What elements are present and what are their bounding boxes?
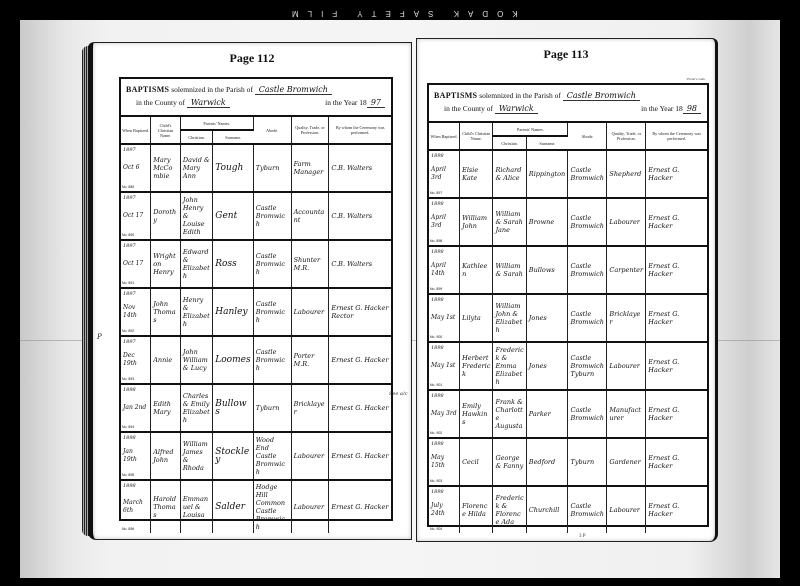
- cell-by-whom: Ernest G. Hacker: [329, 336, 391, 384]
- cell-abode: Castle Bromwich: [253, 192, 291, 240]
- entry-number: No. 894: [122, 423, 134, 431]
- cell-child: Dorothy: [151, 192, 181, 240]
- cell-quality: Accountant: [291, 192, 329, 240]
- cell-when: 1898April 14thNo. 899: [429, 246, 460, 294]
- entry-number: No. 900: [430, 333, 442, 341]
- cell-child: Florence Hilda: [460, 486, 493, 533]
- margin-note: See a/c: [389, 391, 407, 397]
- entry-year: 1898: [123, 482, 136, 490]
- cell-when: 1898July 24thNo. 904: [429, 486, 460, 533]
- entry-date: Oct 17: [123, 212, 143, 219]
- cell-when: 1898Jan 19thNo. 895: [121, 432, 151, 480]
- cell-surname: Browne: [526, 198, 568, 246]
- cell-child: Alfred John: [151, 432, 181, 480]
- cell-quality: Labourer: [607, 486, 646, 533]
- entry-date: May 15th: [431, 454, 445, 469]
- cell-child: Harold Thomas: [151, 480, 181, 533]
- cell-when: 1898May 1stNo. 901: [429, 342, 460, 390]
- film-edge-marking: KODAK SAFETY FILM: [0, 0, 800, 18]
- cell-when: 1897Dec 19thNo. 893: [121, 336, 151, 384]
- entry-year: 1897: [123, 242, 136, 250]
- register-entry: 1898Jan 19thNo. 895Alfred JohnWilliam Ja…: [121, 432, 391, 480]
- cell-christian: Charles & Emily Elizabeth: [180, 384, 212, 432]
- entry-year: 1897: [123, 194, 136, 202]
- county-label: in the County of: [126, 98, 185, 107]
- cell-quality: Farm Manager: [291, 144, 329, 192]
- cell-christian: William & Sarah Jane: [493, 198, 526, 246]
- cell-abode: Castle Bromwich: [568, 486, 607, 533]
- register-entry: 1898March 6thNo. 896Harold ThomasEmmanue…: [121, 480, 391, 533]
- page-number: Page 112: [93, 51, 411, 66]
- printer-note: Printer's mark: [687, 77, 705, 81]
- cell-by-whom: Ernest G. Hacker Rector: [329, 288, 391, 336]
- cell-abode: Castle Bromwich: [568, 246, 607, 294]
- cell-quality: Carpenter: [607, 246, 646, 294]
- cell-child: Cecil: [460, 438, 493, 486]
- entry-date: May 1st: [431, 314, 455, 321]
- cell-by-whom: Ernest G. Hacker: [329, 384, 391, 432]
- cell-christian: Edward & Elizabeth: [180, 240, 212, 288]
- cell-when: 1898May 3rdNo. 902: [429, 390, 460, 438]
- film-edge-text: KODAK SAFETY FILM: [283, 8, 518, 18]
- register-entry: 1898April 3rdNo. 897Elsie KateRichard & …: [429, 150, 707, 198]
- cell-abode: Castle Bromwich: [253, 240, 291, 288]
- entry-year: 1898: [123, 434, 136, 442]
- entry-number: No. 901: [430, 381, 442, 389]
- cell-quality: Bricklayer: [607, 294, 646, 342]
- cell-by-whom: Ernest G. Hacker: [646, 342, 707, 390]
- cell-by-whom: Ernest G. Hacker: [646, 294, 707, 342]
- cell-abode: Castle Bromwich: [253, 288, 291, 336]
- cell-quality: Bricklayer: [291, 384, 329, 432]
- col-child-name: Child's Christian Name.: [460, 123, 493, 150]
- page-number: Page 113: [417, 47, 715, 62]
- cell-by-whom: C.B. Walters: [329, 192, 391, 240]
- register-entry: 1897Oct 17No. 891Wrighton HenryEdward & …: [121, 240, 391, 288]
- col-parents-christian: Christian.: [493, 136, 526, 150]
- entry-year: 1898: [431, 440, 444, 448]
- cell-christian: Frederick & Florence Ada: [493, 486, 526, 533]
- col-parents-names: Parents' Names.: [180, 117, 253, 130]
- cell-abode: Castle Bromwich: [568, 150, 607, 198]
- cell-child: Mary McCombie: [151, 144, 181, 192]
- register-entry: 1898May 1stNo. 900LilytaWilliam John & E…: [429, 294, 707, 342]
- register-entry: 1898May 1stNo. 901Herbert FrederickFrede…: [429, 342, 707, 390]
- register-entry: 1897Oct 17No. 890DorothyJohn Henry & Lou…: [121, 192, 391, 240]
- entry-number: No. 902: [430, 429, 442, 437]
- entry-year: 1898: [431, 248, 444, 256]
- baptism-register-table: Printer's mark BAPTISMS solemnized in th…: [427, 83, 709, 527]
- cell-surname: Bedford: [526, 438, 568, 486]
- entry-date: May 3rd: [431, 410, 457, 417]
- entry-year: 1898: [431, 296, 444, 304]
- cell-when: 1898April 3rdNo. 898: [429, 198, 460, 246]
- register-entry: 1897Nov 14thNo. 892John ThomasHenry & El…: [121, 288, 391, 336]
- cell-child: Lilyta: [460, 294, 493, 342]
- cell-christian: Frederick & Emma Elizabeth: [493, 342, 526, 390]
- year-label: in the Year 18: [325, 98, 367, 107]
- cell-when: 1898May 15thNo. 903: [429, 438, 460, 486]
- register-grid: When Baptized. Child's Christian Name. P…: [429, 123, 707, 533]
- cell-christian: William John & Elizabeth: [493, 294, 526, 342]
- entry-year: 1897: [123, 338, 136, 346]
- col-quality: Quality, Trade, or Profession.: [291, 117, 329, 144]
- register-entry: 1898May 15thNo. 903CecilGeorge & FannyBe…: [429, 438, 707, 486]
- cell-by-whom: C.B. Walters: [329, 240, 391, 288]
- col-child-name: Child's Christian Name.: [151, 117, 181, 144]
- entry-year: 1898: [431, 392, 444, 400]
- col-abode: Abode.: [253, 117, 291, 144]
- cell-quality: Labourer: [291, 288, 329, 336]
- right-page: Page 113 See a/c Printer's mark BAPTISMS…: [416, 38, 718, 542]
- col-abode: Abode.: [568, 123, 607, 150]
- register-grid: When Baptized. Child's Christian Name. P…: [121, 117, 391, 533]
- cell-child: Kathleen: [460, 246, 493, 294]
- cell-when: 1898Jan 2ndNo. 894: [121, 384, 151, 432]
- left-page: Page 112 P BAPTISMS solemnized in the Pa…: [88, 42, 412, 540]
- cell-abode: Castle Bromwich: [568, 294, 607, 342]
- parish-name: Castle Bromwich: [255, 85, 332, 95]
- cell-surname: Ross: [213, 240, 254, 288]
- entry-number: No. 897: [430, 189, 442, 197]
- heading-baptisms: BAPTISMS: [126, 85, 169, 94]
- entry-number: No. 898: [430, 237, 442, 245]
- entry-date: Jan 2nd: [123, 404, 146, 411]
- col-by-whom: By whom the Ceremony was performed.: [646, 123, 707, 150]
- cell-when: 1898May 1stNo. 900: [429, 294, 460, 342]
- cell-quality: Gardener: [607, 438, 646, 486]
- cell-christian: George & Fanny: [493, 438, 526, 486]
- cell-surname: Jones: [526, 294, 568, 342]
- page-footer-mark: 3 P: [579, 534, 586, 539]
- cell-quality: Labourer: [607, 342, 646, 390]
- cell-christian: John William & Lucy: [180, 336, 212, 384]
- cell-by-whom: Ernest G. Hacker: [646, 150, 707, 198]
- cell-by-whom: Ernest G. Hacker: [646, 390, 707, 438]
- col-quality: Quality, Trade, or Profession.: [607, 123, 646, 150]
- cell-surname: Jones: [526, 342, 568, 390]
- year-label: in the Year 18: [641, 104, 683, 113]
- entry-year: 1898: [123, 386, 136, 394]
- cell-surname: Bullows: [526, 246, 568, 294]
- cell-child: Herbert Frederick: [460, 342, 493, 390]
- cell-quality: Porter M.R.: [291, 336, 329, 384]
- cell-christian: Richard & Alice: [493, 150, 526, 198]
- col-when-baptized: When Baptized.: [121, 117, 151, 144]
- cell-quality: Shunter M.R.: [291, 240, 329, 288]
- entry-date: April 3rd: [431, 166, 446, 181]
- register-entry: 1898April 14thNo. 899KathleenWilliam & S…: [429, 246, 707, 294]
- cell-child: Edith Mary: [151, 384, 181, 432]
- cell-quality: Manufacturer: [607, 390, 646, 438]
- cell-child: Wrighton Henry: [151, 240, 181, 288]
- entry-number: No. 904: [430, 525, 442, 533]
- cell-surname: Bullows: [213, 384, 254, 432]
- cell-when: 1897Oct 17No. 891: [121, 240, 151, 288]
- cell-abode: Hodge Hill Common Castle Bromwich: [253, 480, 291, 533]
- entry-date: April 3rd: [431, 214, 446, 229]
- cell-abode: Castle Bromwich: [568, 198, 607, 246]
- register-heading: BAPTISMS solemnized in the Parish of Cas…: [121, 79, 391, 117]
- register-entry: 1898Jan 2ndNo. 894Edith MaryCharles & Em…: [121, 384, 391, 432]
- register-entry: 1897Oct 6No. 889Mary McCombieDavid & Mar…: [121, 144, 391, 192]
- cell-christian: Emmanuel & Louisa: [180, 480, 212, 533]
- year-value: 97: [367, 98, 385, 108]
- county-name: Warwick: [495, 104, 538, 114]
- cell-surname: Gent: [213, 192, 254, 240]
- col-parents-christian: Christian.: [180, 130, 212, 144]
- cell-christian: William & Sarah: [493, 246, 526, 294]
- cell-abode: Castle Bromwich Tyburn: [568, 342, 607, 390]
- cell-abode: Wood End Castle Bromwich: [253, 432, 291, 480]
- entry-date: Nov 14th: [123, 304, 137, 319]
- cell-child: Annie: [151, 336, 181, 384]
- entry-date: Jan 19th: [123, 448, 137, 463]
- cell-quality: Shepherd: [607, 150, 646, 198]
- col-by-whom: By whom the Ceremony was performed.: [329, 117, 391, 144]
- entry-number: No. 896: [122, 525, 134, 533]
- entry-year: 1898: [431, 488, 444, 496]
- col-parents-names: Parents' Names.: [493, 123, 568, 136]
- entry-number: No. 889: [122, 183, 134, 191]
- register-book: Page 112 P BAPTISMS solemnized in the Pa…: [82, 38, 722, 548]
- cell-when: 1897Oct 6No. 889: [121, 144, 151, 192]
- cell-quality: Labourer: [291, 480, 329, 533]
- entry-date: May 1st: [431, 362, 455, 369]
- cell-christian: Henry & Elizabeth: [180, 288, 212, 336]
- cell-abode: Castle Bromwich: [568, 390, 607, 438]
- cell-child: John Thomas: [151, 288, 181, 336]
- cell-when: 1898March 6thNo. 896: [121, 480, 151, 533]
- cell-when: 1897Oct 17No. 890: [121, 192, 151, 240]
- heading-text: solemnized in the Parish of: [171, 85, 253, 94]
- entry-year: 1898: [431, 344, 444, 352]
- cell-by-whom: Ernest G. Hacker: [646, 438, 707, 486]
- entry-number: No. 891: [122, 279, 134, 287]
- cell-surname: Loomes: [213, 336, 254, 384]
- entry-date: April 14th: [431, 262, 446, 277]
- cell-surname: Parker: [526, 390, 568, 438]
- col-when-baptized: When Baptized.: [429, 123, 460, 150]
- cell-surname: Churchill: [526, 486, 568, 533]
- cell-abode: Tyburn: [253, 384, 291, 432]
- cell-surname: Salder: [213, 480, 254, 533]
- entry-date: Dec 19th: [123, 352, 137, 367]
- parish-name: Castle Bromwich: [563, 91, 640, 101]
- cell-christian: Frank & Charlotte Augusta: [493, 390, 526, 438]
- register-entry: 1898May 3rdNo. 902Emily HawkinsFrank & C…: [429, 390, 707, 438]
- cell-child: William John: [460, 198, 493, 246]
- register-entry: 1898April 3rdNo. 898William JohnWilliam …: [429, 198, 707, 246]
- cell-christian: John Henry & Louise Edith: [180, 192, 212, 240]
- cell-abode: Tyburn: [568, 438, 607, 486]
- heading-text: solemnized in the Parish of: [479, 91, 561, 100]
- heading-baptisms: BAPTISMS: [434, 91, 477, 100]
- entry-number: No. 893: [122, 375, 134, 383]
- entry-date: Oct 17: [123, 260, 143, 267]
- entry-number: No. 895: [122, 471, 134, 479]
- cell-surname: Stockley: [213, 432, 254, 480]
- cell-when: 1898April 3rdNo. 897: [429, 150, 460, 198]
- cell-surname: Hanley: [213, 288, 254, 336]
- cell-child: Emily Hawkins: [460, 390, 493, 438]
- col-parents-surname: Surname.: [526, 136, 568, 150]
- cell-christian: William James & Rhoda: [180, 432, 212, 480]
- margin-note: P: [97, 333, 102, 341]
- cell-when: 1897Nov 14thNo. 892: [121, 288, 151, 336]
- cell-by-whom: Ernest G. Hacker: [646, 246, 707, 294]
- register-heading: BAPTISMS solemnized in the Parish of Cas…: [429, 85, 707, 123]
- cell-abode: Castle Bromwich: [253, 336, 291, 384]
- register-entry: 1897Dec 19thNo. 893AnnieJohn William & L…: [121, 336, 391, 384]
- entry-number: No. 899: [430, 285, 442, 293]
- cell-surname: Rippington: [526, 150, 568, 198]
- county-name: Warwick: [187, 98, 230, 108]
- cell-quality: Labourer: [607, 198, 646, 246]
- cell-child: Elsie Kate: [460, 150, 493, 198]
- entry-number: No. 890: [122, 231, 134, 239]
- cell-by-whom: Ernest G. Hacker: [329, 432, 391, 480]
- entry-year: 1898: [431, 200, 444, 208]
- baptism-register-table: BAPTISMS solemnized in the Parish of Cas…: [119, 77, 393, 521]
- entry-year: 1897: [123, 290, 136, 298]
- entry-date: March 6th: [123, 499, 143, 514]
- cell-abode: Tyburn: [253, 144, 291, 192]
- entry-number: No. 892: [122, 327, 134, 335]
- cell-by-whom: Ernest G. Hacker: [646, 198, 707, 246]
- cell-by-whom: Ernest G. Hacker: [646, 486, 707, 533]
- entry-date: Oct 6: [123, 164, 139, 171]
- entry-year: 1897: [123, 146, 136, 154]
- year-value: 98: [683, 104, 701, 114]
- entry-year: 1898: [431, 152, 444, 160]
- register-entry: 1898July 24thNo. 904Florence HildaFreder…: [429, 486, 707, 533]
- cell-quality: Labourer: [291, 432, 329, 480]
- col-parents-surname: Surname.: [213, 130, 254, 144]
- county-label: in the County of: [434, 104, 493, 113]
- entry-date: July 24th: [431, 502, 445, 517]
- cell-christian: David & Mary Ann: [180, 144, 212, 192]
- cell-by-whom: C.B. Walters: [329, 144, 391, 192]
- cell-surname: Tough: [213, 144, 254, 192]
- cell-by-whom: Ernest G. Hacker: [329, 480, 391, 533]
- entry-number: No. 903: [430, 477, 442, 485]
